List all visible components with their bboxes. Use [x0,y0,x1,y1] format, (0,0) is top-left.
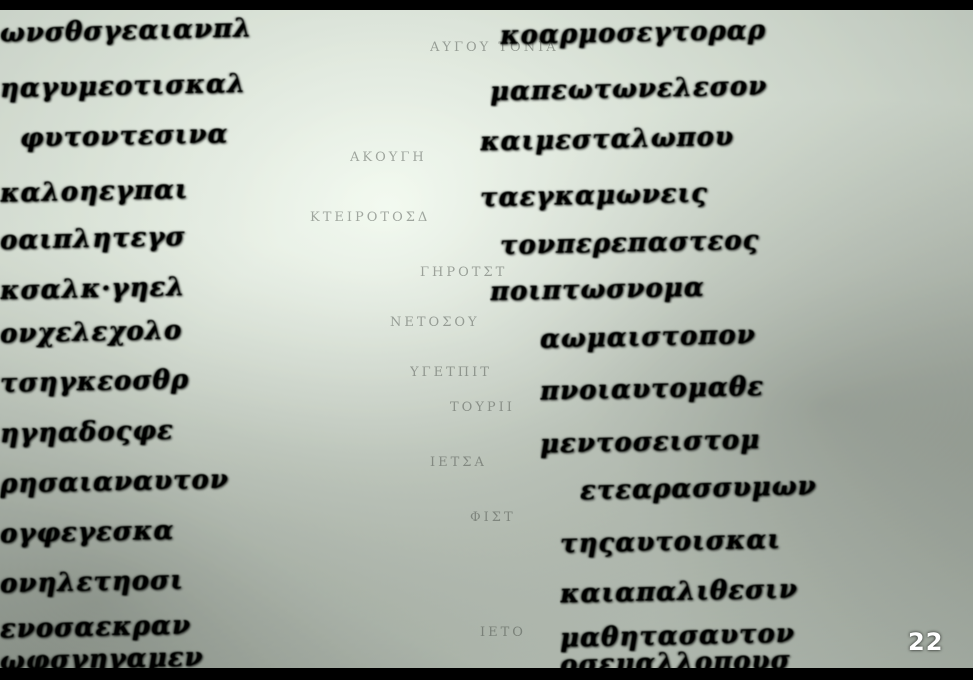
overtext-line-left: κσαλκ·γηελ [0,268,380,306]
overtext-line-right: τηςαυτοισκαι [560,521,973,560]
overtext-line-right: κοαρμοσεγτοραρ [500,11,973,51]
overtext-line-left: οαιπλητεγσ [0,218,370,256]
image-frame: ΑΥΓΟΥ ΤΟΝΙΑ ΑΚΟΥΓΗ ΚΤΕΙΡΟΤΟΣΔ ΓΗΡΟΤΣΤ ΝΕ… [0,0,973,680]
overtext-line-left: καλοηεγπαι [0,171,350,208]
overtext-line-right: μαπεωτωνελεσον [490,67,973,107]
overtext-line-left: ηαγυμεοτισκαλ [0,66,380,104]
overtext-line-right: καιμεσταλωπου [480,117,973,157]
overtext-line-left: τσηγκεοσθρ [0,361,360,399]
overtext-line-left: ονηλετηοσι [0,561,400,599]
overtext-line-left: φυτοντεσινα [20,116,361,153]
overtext-layer: ωνσθσγεαιανπλ κοαρμοσεγτοραρ ηαγυμεοτισκ… [0,10,973,668]
overtext-line-left: ρησαιαναυτον [0,461,420,500]
slide-number: 22 [908,628,943,656]
overtext-line-left: ηγηαδοςφε [0,411,400,449]
overtext-line-right: ταεγκαμωνεις [480,173,973,213]
overtext-line-left: ονχελεχολο [0,311,410,350]
overtext-line-right: ποιπτωσνομα [490,267,973,307]
overtext-line-right: πνοιαυτομαθε [540,367,973,406]
manuscript-photo: ΑΥΓΟΥ ΤΟΝΙΑ ΑΚΟΥΓΗ ΚΤΕΙΡΟΤΟΣΔ ΓΗΡΟΤΣΤ ΝΕ… [0,10,973,668]
overtext-line-left: ωνσθσγεαιανπλ [0,10,440,49]
overtext-line-right: μεντοσειστομ [540,420,973,459]
overtext-line-right: αωμαιστοπον [540,315,973,354]
overtext-line-right: τονπερεπαστεος [500,221,973,261]
overtext-line-right: ετεαρασσυμων [580,468,973,506]
overtext-line-right: καιαπαλιθεσιν [560,571,973,610]
overtext-line-left: ογφεγεσκα [0,511,410,550]
